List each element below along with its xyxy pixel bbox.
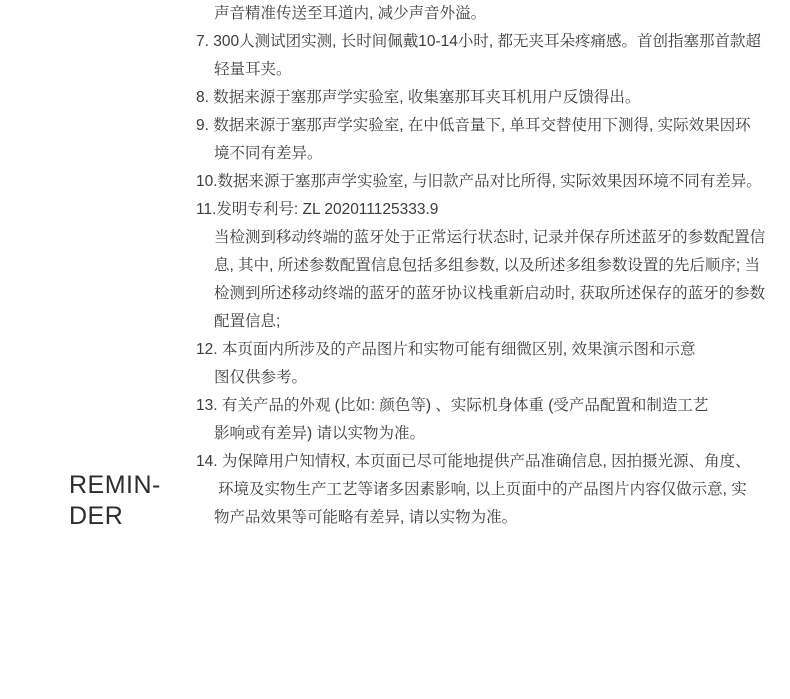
disclaimer-item-13-line-1: 13. 有关产品的外观 (比如: 颜色等) 、实际机身体重 (受产品配置和制造工…: [196, 392, 776, 420]
disclaimer-item-9-line-1: 9. 数据来源于塞那声学实验室, 在中低音量下, 单耳交替使用下测得, 实际效果…: [196, 112, 776, 140]
disclaimer-item-7-line-1: 7. 300人测试团实测, 长时间佩戴10-14小时, 都无夹耳朵疼痛感。首创指…: [196, 28, 776, 56]
disclaimer-item-14-line-1: 14. 为保障用户知情权, 本页面已尽可能地提供产品准确信息, 因拍摄光源、角度…: [196, 448, 776, 476]
reminder-heading-line-2: DER: [69, 501, 161, 532]
disclaimer-item-10: 10.数据来源于塞那声学实验室, 与旧款产品对比所得, 实际效果因环境不同有差异…: [196, 168, 776, 196]
disclaimer-item-13-line-2: 影响或有差异) 请以实物为准。: [196, 420, 776, 448]
disclaimer-item-9-line-2: 境不同有差异。: [196, 140, 776, 168]
disclaimer-item-14-line-2: 环境及实物生产工艺等诸多因素影响, 以上页面中的产品图片内容仅做示意, 实: [196, 476, 776, 504]
disclaimer-item-12-line-1: 12. 本页面内所涉及的产品图片和实物可能有细微区别, 效果演示图和示意: [196, 336, 776, 364]
disclaimer-item-7-line-2: 轻量耳夹。: [196, 56, 776, 84]
reminder-section: REMIN- DER 声音精准传送至耳道内, 减少声音外溢。 7. 300人测试…: [0, 0, 790, 699]
disclaimer-item-6-continuation: 声音精准传送至耳道内, 减少声音外溢。: [196, 0, 776, 28]
reminder-heading: REMIN- DER: [69, 470, 161, 532]
disclaimer-list: 声音精准传送至耳道内, 减少声音外溢。 7. 300人测试团实测, 长时间佩戴1…: [196, 0, 776, 532]
disclaimer-item-11-patent: 11.发明专利号: ZL 202011125333.9: [196, 196, 776, 224]
disclaimer-item-11-para-line-2: 息, 其中, 所述参数配置信息包括多组参数, 以及所述多组参数设置的先后顺序; …: [196, 252, 776, 280]
disclaimer-item-12-line-2: 图仅供参考。: [196, 364, 776, 392]
reminder-heading-line-1: REMIN-: [69, 470, 161, 501]
disclaimer-item-8: 8. 数据来源于塞那声学实验室, 收集塞那耳夹耳机用户反馈得出。: [196, 84, 776, 112]
disclaimer-item-11-para-line-4: 配置信息;: [196, 308, 776, 336]
disclaimer-item-14-line-3: 物产品效果等可能略有差异, 请以实物为准。: [196, 504, 776, 532]
disclaimer-item-11-para-line-1: 当检测到移动终端的蓝牙处于正常运行状态时, 记录并保存所述蓝牙的参数配置信: [196, 224, 776, 252]
disclaimer-item-11-para-line-3: 检测到所述移动终端的蓝牙的蓝牙协议栈重新启动时, 获取所述保存的蓝牙的参数: [196, 280, 776, 308]
